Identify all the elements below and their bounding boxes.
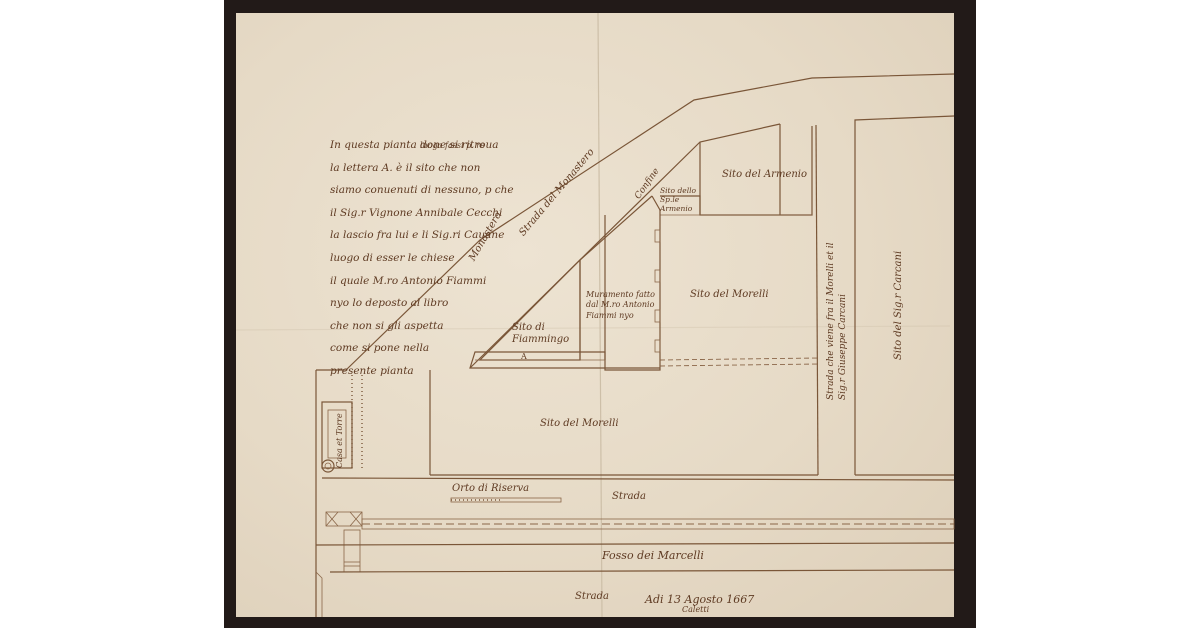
label-muramento: Muramento fatto dal M.ro Antonio Fiammi …: [586, 290, 660, 321]
label-strada-lower: Strada: [575, 592, 609, 602]
note-line: presente pianta: [330, 360, 500, 383]
label-strada-upper: Strada: [612, 492, 646, 502]
label-sito-morelli-upper: Sito del Morelli: [690, 290, 769, 300]
date-inscription: Adi 13 Agosto 1667: [645, 594, 754, 605]
note-line: siamo conuenuti di nessuno, p che: [330, 179, 500, 202]
label-sito-morelli-lower: Sito del Morelli: [540, 419, 619, 429]
label-strada-giuseppe: Strada che viene fra il Morelli et il Si…: [826, 230, 849, 400]
note-line: come si pone nella: [330, 337, 500, 360]
note-line: nyo lo deposto al libro: [330, 292, 500, 315]
note-line: che non si gli aspetta: [330, 315, 500, 338]
interlinear-note: luogo fassi p. re: [420, 142, 485, 150]
signature: Caletti: [682, 606, 709, 614]
label-casa-torre: Casa et Torre: [336, 413, 344, 468]
label-sito-carcani: Sito del Sig.r Carcani: [894, 251, 904, 360]
label-fosso: Fosso dei Marcelli: [602, 550, 704, 561]
label-letter-a: A: [521, 353, 527, 361]
note-line: il Sig.r Vignone Annibale Cecchi: [330, 202, 500, 225]
note-line: la lettera A. è il sito che non: [330, 157, 500, 180]
label-sito-armenia-small: Sito dello Sp.le Armenio: [660, 186, 702, 213]
map-viewer: In questa pianta done si ritroua la lett…: [0, 0, 1200, 628]
note-line: il quale M.ro Antonio Fiammi: [330, 270, 500, 293]
label-sito-armenio: Sito del Armenio: [722, 170, 807, 180]
label-orto-riserva: Orto di Riserva: [452, 484, 529, 494]
label-sito-fiammingo: Sito di Fiammingo: [512, 322, 572, 346]
